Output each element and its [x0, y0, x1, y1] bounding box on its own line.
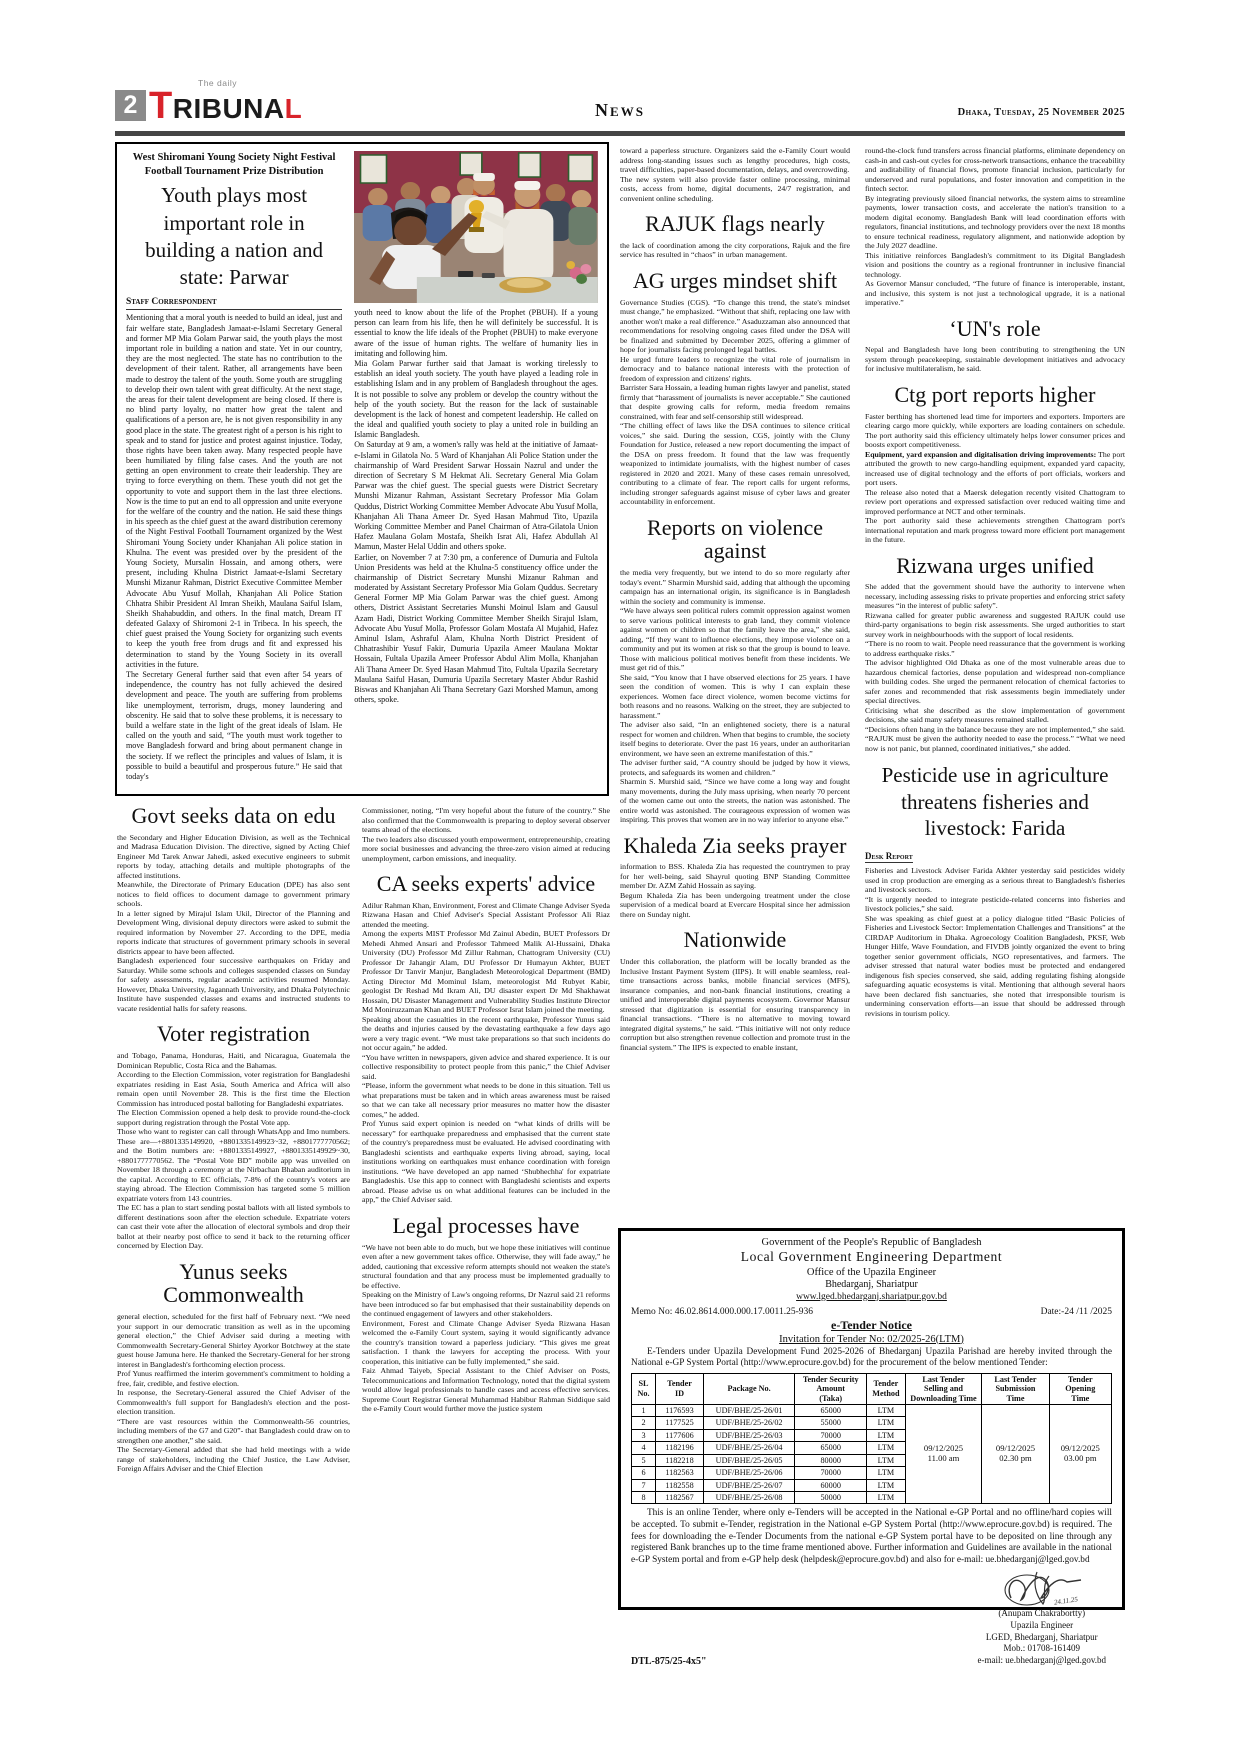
lead-headline: Youth plays most important role in build… [126, 182, 342, 291]
tender-intro: E-Tenders under Upazila Development Fund… [631, 1347, 1112, 1370]
article-pesticide: Pesticide use in agriculture threatens f… [865, 762, 1125, 1018]
body-nationwide: Under this collaboration, the platform w… [620, 957, 850, 1052]
article-nationwide: Nationwide Under this collaboration, the… [620, 928, 850, 1052]
col-security-amount: Tender Security Amount (Taka) [795, 1373, 867, 1404]
headline-voter-registration: Voter registration [117, 1022, 350, 1046]
tender-office: Office of the Upazila Engineer [631, 1266, 1112, 1279]
masthead: 2 The daily TRIBUNAL News Dhaka, Tuesday… [115, 92, 1125, 132]
newspaper-page: 2 The daily TRIBUNAL News Dhaka, Tuesday… [0, 0, 1241, 1754]
col-tender-id: Tender ID [656, 1373, 704, 1404]
tender-invitation: Invitation for Tender No: 02/2025-26(LTM… [631, 1334, 1112, 1345]
body-un-role: Nepal and Bangladesh have long been cont… [865, 345, 1125, 374]
column-4: round-the-clock fund transfers across fi… [865, 146, 1125, 1224]
headline-pesticide: Pesticide use in agriculture threatens f… [865, 762, 1125, 841]
article-rizwana: Rizwana urges unified She added that the… [865, 554, 1125, 754]
body-govt-edu: the Secondary and Higher Education Divis… [117, 833, 350, 1014]
byline-pesticide: Desk Report [865, 851, 913, 863]
signatory-title: Upazila Engineer [977, 1620, 1106, 1632]
masthead-rule [115, 131, 1125, 136]
lead-body-right: youth need to know about the life of the… [354, 308, 598, 705]
tender-website-link[interactable]: www.lged.bhedarganj.shariatpur.gov.bd [631, 1292, 1112, 1304]
dateline: Dhaka, Tuesday, 25 November 2025 [958, 107, 1125, 118]
body-khaleda: information to BSS. Khaleda Zia has requ… [620, 862, 850, 919]
article-yunus-commonwealth: Yunus seeks Commonwealth general electio… [117, 1260, 350, 1474]
article-rajuk: RAJUK flags nearly the lack of coordinat… [620, 212, 850, 260]
signatory-email: e-mail: ue.bhedarganj@lged.gov.bd [977, 1655, 1106, 1667]
brand-tagline: The daily [198, 80, 237, 87]
article-voter-registration: Voter registration and Tobago, Panama, H… [117, 1022, 350, 1250]
headline-legal-processes: Legal processes have [362, 1214, 610, 1238]
article-violence-reports: Reports on violence against the media ve… [620, 516, 850, 825]
column-3: toward a paperless structure. Organizers… [620, 146, 850, 1224]
column-2: Commissioner, noting, “I'm very hopeful … [362, 802, 610, 1628]
headline-govt-edu: Govt seeks data on edu [117, 804, 350, 828]
opening-time-cell: 09/12/2025 03.00 pm [1049, 1404, 1111, 1503]
headline-violence-reports: Reports on violence against [620, 516, 850, 564]
headline-yunus-commonwealth: Yunus seeks Commonwealth [117, 1260, 350, 1308]
ctg-port-bold-lead: Equipment, yard expansion and digitalisa… [865, 450, 1096, 459]
col-selling-time: Last Tender Selling and Downloading Time [905, 1373, 982, 1404]
tender-terms: This is an online Tender, where only e-T… [631, 1508, 1112, 1566]
signatory-mobile: Mob.: 01708-161409 [977, 1643, 1106, 1655]
body-pesticide: Fisheries and Livestock Adviser Farida A… [865, 866, 1125, 1018]
selling-time-cell: 09/12/2025 11.00 am [905, 1404, 982, 1503]
col-submission-time: Last Tender Submission Time [982, 1373, 1049, 1404]
body-rizwana: She added that the government should hav… [865, 582, 1125, 753]
headline-nationwide: Nationwide [620, 928, 850, 952]
article-ctg-port: Ctg port reports higher Faster berthing … [865, 383, 1125, 545]
lead-body-left: Mentioning that a moral youth is needed … [126, 313, 342, 782]
body-yunus-commonwealth: general election, scheduled for the firs… [117, 1312, 350, 1474]
body-ca-experts: Adilur Rahman Khan, Environment, Forest … [362, 901, 610, 1205]
table-row: 11176593UDF/BHE/25-26/0165000LTM 09/12/2… [632, 1404, 1112, 1416]
page-number: 2 [115, 90, 146, 121]
e-tender-notice-box: Government of the People's Republic of B… [618, 1228, 1125, 1610]
body-voter-registration: and Tobago, Panama, Honduras, Haiti, and… [117, 1051, 350, 1251]
signatory-org: LGED, Bhedarganj, Shariatpur [977, 1632, 1106, 1644]
col-package-no: Package No. [704, 1373, 795, 1404]
article-khaleda-zia: Khaleda Zia seeks prayer information to … [620, 834, 850, 920]
tender-notice-title: e-Tender Notice [631, 1318, 1112, 1333]
headline-ca-experts: CA seeks experts' advice [362, 872, 610, 896]
page-content: West Shiromani Young Society Night Festi… [115, 142, 1125, 1632]
column-1: Govt seeks data on edu the Secondary and… [117, 802, 350, 1628]
col-method: Tender Method [867, 1373, 905, 1404]
signature-icon: 24.11.25 [977, 1568, 1106, 1608]
signature-block: 24.11.25 (Anupam Chakrabortty) Upazila E… [977, 1568, 1112, 1666]
tender-ref: DTL-875/25-4x5" [631, 1656, 707, 1667]
headline-ctg-port: Ctg port reports higher [865, 383, 1125, 407]
prize-distribution-photo [354, 151, 598, 303]
article-ca-seeks-experts-advice: CA seeks experts' advice Adilur Rahman K… [362, 872, 610, 1205]
tender-date: Date:-24 /11 /2025 [1041, 1307, 1112, 1317]
headline-khaleda: Khaleda Zia seeks prayer [620, 834, 850, 858]
tender-gov-line: Government of the People's Republic of B… [631, 1236, 1112, 1249]
tender-location: Bhedarganj, Shariatpur [631, 1279, 1112, 1292]
body-efamily-jump: toward a paperless structure. Organizers… [620, 146, 850, 203]
body-violence-reports: the media very frequently, but we intend… [620, 568, 850, 825]
lead-kicker: West Shiromani Young Society Night Festi… [126, 151, 342, 178]
brand-wordmark: TRIBUNAL [149, 105, 302, 122]
tender-department: Local Government Engineering Department [631, 1249, 1112, 1266]
brand-logo: 2 The daily TRIBUNAL [115, 90, 302, 121]
section-title: News [595, 100, 645, 121]
lead-story-box: West Shiromani Young Society Night Festi… [115, 142, 609, 796]
headline-un-role: ‘UN's role [865, 317, 1125, 341]
body-commonwealth-jump: Commissioner, noting, “I'm very hopeful … [362, 806, 610, 863]
article-legal-processes: Legal processes have “We have not been a… [362, 1214, 610, 1414]
col-sl-no: SL No. [632, 1373, 656, 1404]
body-rajuk: the lack of coordination among the city … [620, 241, 850, 260]
body-ctg-port-equipment: Equipment, yard expansion and digitalisa… [865, 450, 1125, 488]
body-legal-processes: “We have not been able to do much, but w… [362, 1243, 610, 1414]
article-govt-seeks-data-on-edu: Govt seeks data on edu the Secondary and… [117, 804, 350, 1013]
body-ctg-port-2: The release also noted that a Maersk del… [865, 488, 1125, 545]
col-opening-time: Tender Opening Time [1049, 1373, 1111, 1404]
tender-memo-no: Memo No: 46.02.8614.000.000.17.0011.25-9… [631, 1307, 813, 1317]
lead-byline: Staff Correspondent [126, 297, 342, 310]
submission-time-cell: 09/12/2025 02.30 pm [982, 1404, 1049, 1503]
headline-rizwana: Rizwana urges unified [865, 554, 1125, 578]
article-un-role: ‘UN's role Nepal and Bangladesh have lon… [865, 317, 1125, 374]
signatory-name: (Anupam Chakrabortty) [977, 1608, 1106, 1620]
body-ctg-port-1: Faster berthing has shortened lead time … [865, 412, 1125, 450]
headline-rajuk: RAJUK flags nearly [620, 212, 850, 236]
article-ag-mindset: AG urges mindset shift Governance Studie… [620, 269, 850, 507]
tender-table: SL No. Tender ID Package No. Tender Secu… [631, 1373, 1112, 1505]
body-ag-mindset: Governance Studies (CGS). “To change thi… [620, 298, 850, 507]
headline-ag-mindset: AG urges mindset shift [620, 269, 850, 293]
body-fintech-jump: round-the-clock fund transfers across fi… [865, 146, 1125, 308]
